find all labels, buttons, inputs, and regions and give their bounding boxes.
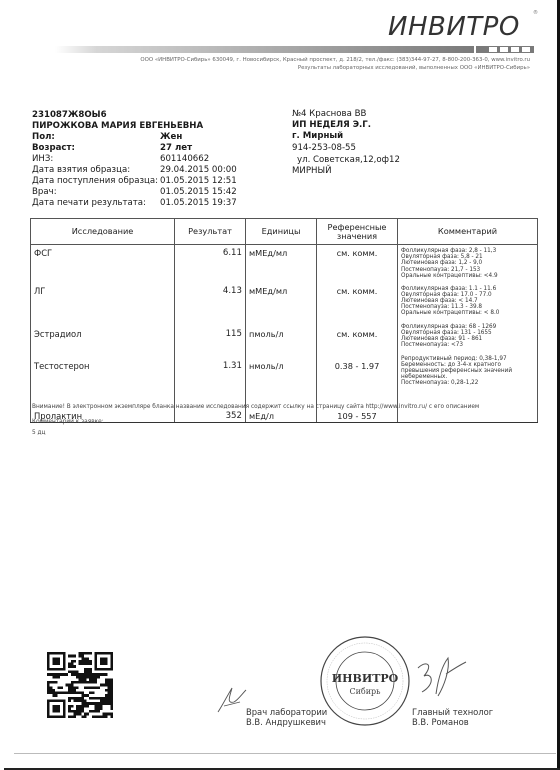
patient-name: ПИРОЖКОВА МАРИЯ ЕВГЕНЬЕВНА <box>32 121 203 132</box>
reference-value: см. комм. <box>317 245 398 283</box>
comment-cell: Репродуктивный период: 0,38-1,97Беременн… <box>398 353 538 401</box>
result-value: 6.11 <box>175 245 246 283</box>
comment-line: Постменопауза: 0,28-1,22 <box>401 380 534 386</box>
patient-field-label: Возраст: <box>32 143 75 154</box>
reference-value: см. комм. <box>317 283 398 321</box>
units-value: мМЕд/мл <box>246 283 317 321</box>
clinic-town: МИРНЫЙ <box>292 166 332 177</box>
logo-squares-icon <box>476 46 534 53</box>
comment-cell: Фолликулярная фаза: 2,8 - 11,3Овуляторна… <box>398 245 538 283</box>
svg-text:Сибирь: Сибирь <box>349 687 381 696</box>
test-name-link[interactable]: Тестостерон <box>31 353 175 401</box>
order-id: 231087Ж8ОЫ6 <box>32 110 107 121</box>
company-stamp-icon: ИНВИТРО Сибирь <box>319 635 411 727</box>
patient-field-value: Жен <box>160 132 182 143</box>
table-row: Эстрадиол115пмоль/лсм. комм.Фолликулярна… <box>31 321 538 353</box>
clinic-office: №4 Краснова ВВ <box>292 109 366 120</box>
clinic-name: ИП НЕДЕЛЯ Э.Г. <box>292 120 371 131</box>
order-comment: 5 дц <box>32 430 46 436</box>
comment-cell: Фолликулярная фаза: 68 - 1269Овуляторная… <box>398 321 538 353</box>
comment-line: Постменопауза: <73 <box>401 342 534 348</box>
patient-field-value: 29.04.2015 00:00 <box>160 165 237 176</box>
table-header-row: Исследование Результат Единицы Референсн… <box>31 219 538 245</box>
result-value: 4.13 <box>175 283 246 321</box>
result-value: 1.31 <box>175 353 246 401</box>
comment-line: Оральные контрацептивы: <4.9 <box>401 273 534 279</box>
svg-text:ИНВИТРО: ИНВИТРО <box>332 672 399 685</box>
order-comment-label: Комментарии к заявке: <box>32 419 104 425</box>
patient-field-value: 601140662 <box>160 154 209 165</box>
results-table: Исследование Результат Единицы Референсн… <box>30 218 538 423</box>
clinic-phone: 914-253-08-55 <box>292 143 356 154</box>
test-name-link[interactable]: Эстрадиол <box>31 321 175 353</box>
reference-value: 0.38 - 1.97 <box>317 353 398 401</box>
qr-code-icon <box>47 652 113 718</box>
patient-field-label: Пол: <box>32 132 55 143</box>
header-test: Исследование <box>31 219 175 245</box>
test-name-link[interactable]: ЛГ <box>31 283 175 321</box>
doctor-title: Врач лаборатории <box>246 707 327 717</box>
patient-field-value: 01.05.2015 12:51 <box>160 176 237 187</box>
result-value: 115 <box>175 321 246 353</box>
patient-field-label: ИНЗ: <box>32 154 53 165</box>
comment-cell: Фолликулярная фаза: 1.1 - 11.6Овуляторна… <box>398 283 538 321</box>
patient-field-label: Дата печати результата: <box>32 198 146 209</box>
units-value: пмоль/л <box>246 321 317 353</box>
table-row: ФСГ6.11мМЕд/млсм. комм.Фолликулярная фаз… <box>31 245 538 283</box>
test-name-link[interactable]: ФСГ <box>31 245 175 283</box>
comment-line: Оральные контрацептивы: < 8.0 <box>401 310 534 316</box>
warning-note: Внимание! В электронном экземпляре бланк… <box>32 404 479 410</box>
header-result: Результат <box>175 219 246 245</box>
reference-value: см. комм. <box>317 321 398 353</box>
header-comment: Комментарий <box>398 219 538 245</box>
header-reference: Референсные значения <box>317 219 398 245</box>
scan-line <box>14 753 556 754</box>
table-row: ЛГ4.13мМЕд/млсм. комм.Фолликулярная фаза… <box>31 283 538 321</box>
invitro-logo: ИНВИТРО <box>388 12 520 42</box>
tech-name: В.В. Романов <box>412 717 469 727</box>
patient-field-label: Дата поступления образца: <box>32 176 158 187</box>
patient-field-label: Врач: <box>32 187 57 198</box>
table-row: Тестостерон1.31нмоль/л0.38 - 1.97Репроду… <box>31 353 538 401</box>
header-units: Единицы <box>246 219 317 245</box>
clinic-city: г. Мирный <box>292 131 343 142</box>
header-gradient-bar <box>55 46 474 53</box>
units-value: мМЕд/мл <box>246 245 317 283</box>
patient-field-value: 27 лет <box>160 143 192 154</box>
company-address: ООО «ИНВИТРО-Сибирь» 630049, г. Новосиби… <box>140 57 530 63</box>
patient-field-value: 01.05.2015 19:37 <box>160 198 237 209</box>
results-line: Результаты лабораторных исследований, вы… <box>298 65 530 71</box>
units-value: нмоль/л <box>246 353 317 401</box>
registered-mark-icon: ® <box>533 10 538 16</box>
clinic-address: ул. Советская,12,оф12 <box>297 155 400 166</box>
patient-field-label: Дата взятия образца: <box>32 165 130 176</box>
doctor-name: В.В. Андрушкевич <box>246 717 326 727</box>
tech-title: Главный технолог <box>412 707 493 717</box>
patient-field-value: 01.05.2015 15:42 <box>160 187 237 198</box>
tech-signature-icon <box>410 650 470 710</box>
